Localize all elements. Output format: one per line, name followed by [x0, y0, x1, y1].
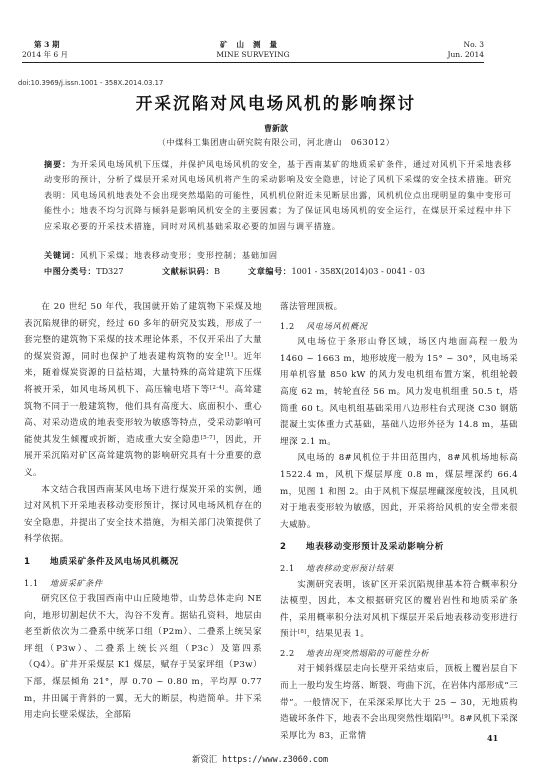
section-title: 地质采矿条件及风电场风机概况: [50, 557, 179, 567]
keywords-text: 风机下采煤；地表移动变形；变形控制；基础加固: [80, 250, 278, 260]
issue-number-en: No. 3: [447, 40, 484, 50]
section-number: 1.2: [280, 318, 306, 335]
article-no-value: 1001 - 358X(2014)03 - 0041 - 03: [291, 266, 425, 276]
journal-name-en: MINE SURVEYING: [22, 50, 484, 60]
section-heading-1: 1地质采矿条件及风电场风机概况: [24, 554, 262, 571]
issue-date-en: Jun. 2014: [447, 50, 484, 60]
section-number: 2: [280, 539, 306, 556]
watermark: 新资汇 https://www.z3060.com: [192, 753, 328, 765]
section-title: 风电场风机概况: [306, 321, 368, 331]
doc-code-label: 文献标识码：: [162, 266, 214, 277]
paper-title: 开采沉陷对风电场风机的影响探讨: [0, 90, 552, 114]
abstract-label: 摘要：: [44, 159, 71, 169]
body-column-right: 落法管理顶板。 1.2风电场风机概况 风电场位于条形山脊区域，场区内地面高程一般…: [280, 299, 518, 744]
author: 曹新款: [0, 123, 552, 134]
section-number: 1: [24, 554, 50, 571]
citation: [8]: [298, 629, 307, 635]
paragraph-1-1: 研究区位于我国西南中山丘陵地带，山势总体走向 NE 向，地形切割起伏不大，沟谷不…: [24, 591, 262, 724]
section-title: 地表移动变形预计结果: [306, 563, 394, 573]
article-no-label: 文章编号：: [248, 266, 291, 277]
keywords: 关键词：风机下采煤；地表移动变形；变形控制；基础加固: [44, 250, 512, 261]
citation: [9]: [442, 714, 451, 720]
citation: [2-4]: [210, 385, 225, 391]
paragraph-1-2-a: 风电场位于条形山脊区域，场区内地面高程一般为 1460 ~ 1663 m，地形坡…: [280, 334, 518, 450]
clc-value: TD327: [96, 266, 123, 276]
section-number: 2.2: [280, 645, 306, 662]
body-column-left: 在 20 世纪 50 年代，我国就开始了建筑物下采煤及地表沉陷规律的研究，经过 …: [24, 299, 262, 724]
doc-code-value: B: [214, 266, 220, 276]
section-number: 2.1: [280, 560, 306, 577]
paragraph-2-1: 实测研究表明，该矿区开采沉陷规律基本符合概率积分法模型，因此，本文根据研究区的覆…: [280, 577, 518, 643]
section-heading-2: 2地表移动变形预计及采动影响分析: [280, 539, 518, 556]
abstract-text: 为开采风电场风机下压煤，并保护风电场风机的安全，基于西南某矿的地质采矿条件，通过…: [44, 159, 512, 231]
paragraph-1-2-b: 风电场的 8#风机位于井田范围内，8#风机场地标高 1522.4 m，风机下煤层…: [280, 450, 518, 533]
affiliation: （中煤科工集团唐山研究院有限公司，河北唐山 063012）: [0, 137, 552, 148]
subsection-heading-1-2: 1.2风电场风机概况: [280, 318, 518, 335]
subsection-heading-2-2: 2.2地表出现突然塌陷的可能性分析: [280, 645, 518, 662]
citation: [5-7]: [201, 435, 216, 441]
header-rule: [22, 62, 484, 63]
citation: [1]: [225, 352, 234, 358]
journal-name: 矿山测量 MINE SURVEYING: [22, 40, 484, 60]
intro-paragraph-2: 本文结合我国西南某风电场下进行煤炭开采的实例，通过对风机下开采地表移动变形预计，…: [24, 482, 262, 548]
section-title: 地表出现突然塌陷的可能性分析: [306, 648, 429, 658]
issue-info-en: No. 3 Jun. 2014: [447, 40, 484, 60]
section-number: 1.1: [24, 575, 50, 592]
abstract: 摘要：为开采风电场风机下压煤，并保护风电场风机的安全，基于西南某矿的地质采矿条件…: [44, 157, 512, 234]
continued-text: 落法管理顶板。: [280, 299, 518, 316]
section-title: 地质采矿条件: [50, 578, 103, 588]
subsection-heading-1-1: 1.1地质采矿条件: [24, 575, 262, 592]
running-header: 第 3 期 2014 年 6 月 矿山测量 MINE SURVEYING No.…: [22, 40, 484, 64]
journal-name-cn: 矿山测量: [22, 40, 484, 50]
classification-line: 中图分类号：TD327文献标识码：B文章编号：1001 - 358X(2014)…: [44, 266, 512, 277]
intro-paragraph-1: 在 20 世纪 50 年代，我国就开始了建筑物下采煤及地表沉陷规律的研究，经过 …: [24, 299, 262, 482]
subsection-heading-2-1: 2.1地表移动变形预计结果: [280, 560, 518, 577]
journal-page: 第 3 期 2014 年 6 月 矿山测量 MINE SURVEYING No.…: [0, 0, 552, 780]
section-title: 地表移动变形预计及采动影响分析: [306, 542, 444, 552]
page-number: 41: [487, 733, 498, 743]
keywords-label: 关键词：: [44, 250, 80, 260]
text-run: ，结果见表 1。: [307, 629, 370, 639]
clc-label: 中图分类号：: [44, 266, 96, 277]
paragraph-2-2: 对于倾斜煤层走向长壁开采结束后，顶板上覆岩层自下而上一般均发生垮落、断裂、弯曲下…: [280, 661, 518, 744]
doi: doi:10.3969/j.issn.1001 - 358X.2014.03.1…: [18, 79, 163, 87]
